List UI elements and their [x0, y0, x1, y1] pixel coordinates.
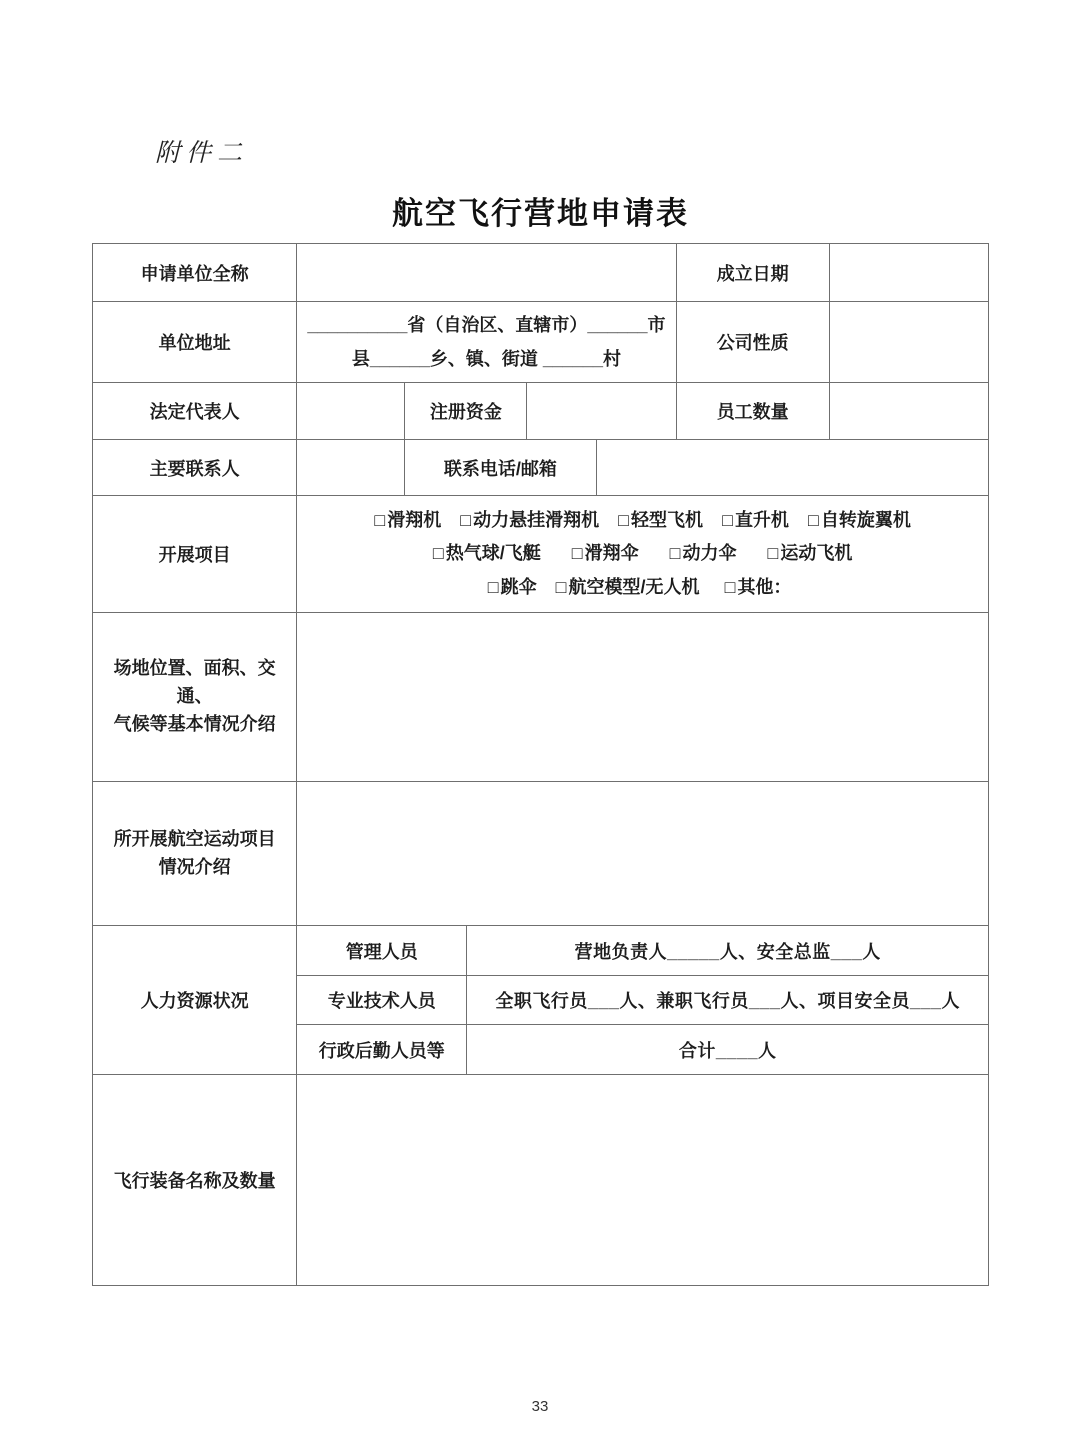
legal-representative-input-cell[interactable] — [297, 383, 405, 440]
checkbox-icon: □ — [374, 510, 385, 530]
document-page: 附件二 航空飞行营地申请表 申请单位全称 成立日期 单位地址 _________… — [0, 0, 1080, 1456]
checkbox-label: 动力伞 — [683, 543, 737, 563]
hr-managers-content[interactable]: 营地负责人_____人、安全总监___人 — [467, 926, 989, 976]
employee-count-label: 员工数量 — [676, 383, 829, 440]
checkbox-icon: □ — [433, 543, 444, 563]
legal-representative-label: 法定代表人 — [93, 383, 297, 440]
checkbox-aeromodel-drone[interactable]: □航空模型/无人机 — [556, 571, 700, 604]
main-contact-label: 主要联系人 — [93, 440, 297, 496]
checkbox-hot-air-balloon-airship[interactable]: □热气球/飞艇 — [433, 537, 541, 570]
equipment-label: 飞行装备名称及数量 — [93, 1075, 297, 1286]
address-label: 单位地址 — [93, 302, 297, 383]
address-line-1: __________省（自治区、直辖市）______市 — [301, 308, 671, 342]
projects-line-1: □滑翔机 □动力悬挂滑翔机 □轻型飞机 □直升机 □自转旋翼机 — [301, 504, 984, 537]
founding-date-input-cell[interactable] — [829, 244, 988, 302]
registered-capital-label: 注册资金 — [405, 383, 527, 440]
checkbox-powered-paraglider[interactable]: □动力伞 — [670, 537, 737, 570]
site-intro-label-line2: 气候等基本情况介绍 — [97, 711, 292, 739]
equipment-input-cell[interactable] — [297, 1075, 989, 1286]
hr-admin-content[interactable]: 合计____人 — [467, 1025, 989, 1075]
applicant-name-label: 申请单位全称 — [93, 244, 297, 302]
checkbox-label: 轻型飞机 — [631, 510, 703, 530]
registered-capital-input-cell[interactable] — [527, 383, 676, 440]
checkbox-parachuting[interactable]: □跳伞 — [488, 571, 537, 604]
projects-label: 开展项目 — [93, 496, 297, 613]
address-line-2: 县______乡、镇、街道 ______村 — [301, 342, 671, 376]
application-form-table: 申请单位全称 成立日期 单位地址 __________省（自治区、直辖市）___… — [92, 243, 989, 1286]
company-type-input-cell[interactable] — [829, 302, 988, 383]
checkbox-other[interactable]: □其他： — [725, 571, 792, 604]
founding-date-label: 成立日期 — [676, 244, 829, 302]
site-intro-label: 场地位置、面积、交通、 气候等基本情况介绍 — [93, 613, 297, 782]
checkbox-sport-aircraft[interactable]: □运动飞机 — [768, 537, 853, 570]
site-intro-label-line1: 场地位置、面积、交通、 — [97, 655, 292, 711]
checkbox-label: 自转旋翼机 — [821, 510, 911, 530]
checkbox-label: 滑翔伞 — [585, 543, 639, 563]
checkbox-label: 跳伞 — [501, 577, 537, 597]
hr-managers-label: 管理人员 — [297, 926, 467, 976]
sports-intro-label-line1: 所开展航空运动项目 — [97, 826, 292, 854]
employee-count-input-cell[interactable] — [829, 383, 988, 440]
checkbox-icon: □ — [460, 510, 471, 530]
contact-phone-email-input-cell[interactable] — [596, 440, 988, 496]
checkbox-icon: □ — [768, 543, 779, 563]
checkbox-label: 热气球/飞艇 — [446, 543, 541, 563]
checkbox-label: 滑翔机 — [387, 510, 441, 530]
checkbox-powered-hang-glider[interactable]: □动力悬挂滑翔机 — [460, 504, 599, 537]
checkbox-autogyro[interactable]: □自转旋翼机 — [808, 504, 911, 537]
projects-line-2: □热气球/飞艇 □滑翔伞 □动力伞 □运动飞机 — [301, 537, 984, 570]
checkbox-label: 动力悬挂滑翔机 — [473, 510, 599, 530]
checkbox-paraglider[interactable]: □滑翔伞 — [572, 537, 639, 570]
checkbox-glider[interactable]: □滑翔机 — [374, 504, 441, 537]
checkbox-label: 其他： — [737, 577, 791, 597]
checkbox-icon: □ — [722, 510, 733, 530]
page-number: 33 — [0, 1398, 1080, 1415]
checkbox-label: 运动飞机 — [780, 543, 852, 563]
checkbox-label: 航空模型/无人机 — [569, 577, 700, 597]
checkbox-icon: □ — [556, 577, 567, 597]
attachment-label: 附件二 — [155, 133, 248, 169]
checkbox-icon: □ — [618, 510, 629, 530]
main-contact-input-cell[interactable] — [297, 440, 405, 496]
address-input-cell[interactable]: __________省（自治区、直辖市）______市 县______乡、镇、街… — [297, 302, 676, 383]
human-resources-label: 人力资源状况 — [93, 926, 297, 1075]
company-type-label: 公司性质 — [676, 302, 829, 383]
hr-technical-content[interactable]: 全职飞行员___人、兼职飞行员___人、项目安全员___人 — [467, 976, 989, 1025]
hr-admin-label: 行政后勤人员等 — [297, 1025, 467, 1075]
checkbox-icon: □ — [670, 543, 681, 563]
checkbox-icon: □ — [808, 510, 819, 530]
contact-phone-email-label: 联系电话/邮箱 — [405, 440, 596, 496]
checkbox-icon: □ — [488, 577, 499, 597]
checkbox-icon: □ — [725, 577, 736, 597]
checkbox-icon: □ — [572, 543, 583, 563]
checkbox-helicopter[interactable]: □直升机 — [722, 504, 789, 537]
checkbox-light-aircraft[interactable]: □轻型飞机 — [618, 504, 703, 537]
projects-line-3: □跳伞 □航空模型/无人机 □其他： — [301, 571, 984, 604]
site-intro-input-cell[interactable] — [297, 613, 989, 782]
sports-intro-label: 所开展航空运动项目 情况介绍 — [93, 782, 297, 926]
hr-technical-label: 专业技术人员 — [297, 976, 467, 1025]
checkbox-label: 直升机 — [735, 510, 789, 530]
applicant-name-input-cell[interactable] — [297, 244, 676, 302]
projects-options-cell: □滑翔机 □动力悬挂滑翔机 □轻型飞机 □直升机 □自转旋翼机 □热气球/飞艇 … — [297, 496, 989, 613]
sports-intro-input-cell[interactable] — [297, 782, 989, 926]
page-title: 航空飞行营地申请表 — [93, 188, 988, 233]
sports-intro-label-line2: 情况介绍 — [97, 854, 292, 882]
